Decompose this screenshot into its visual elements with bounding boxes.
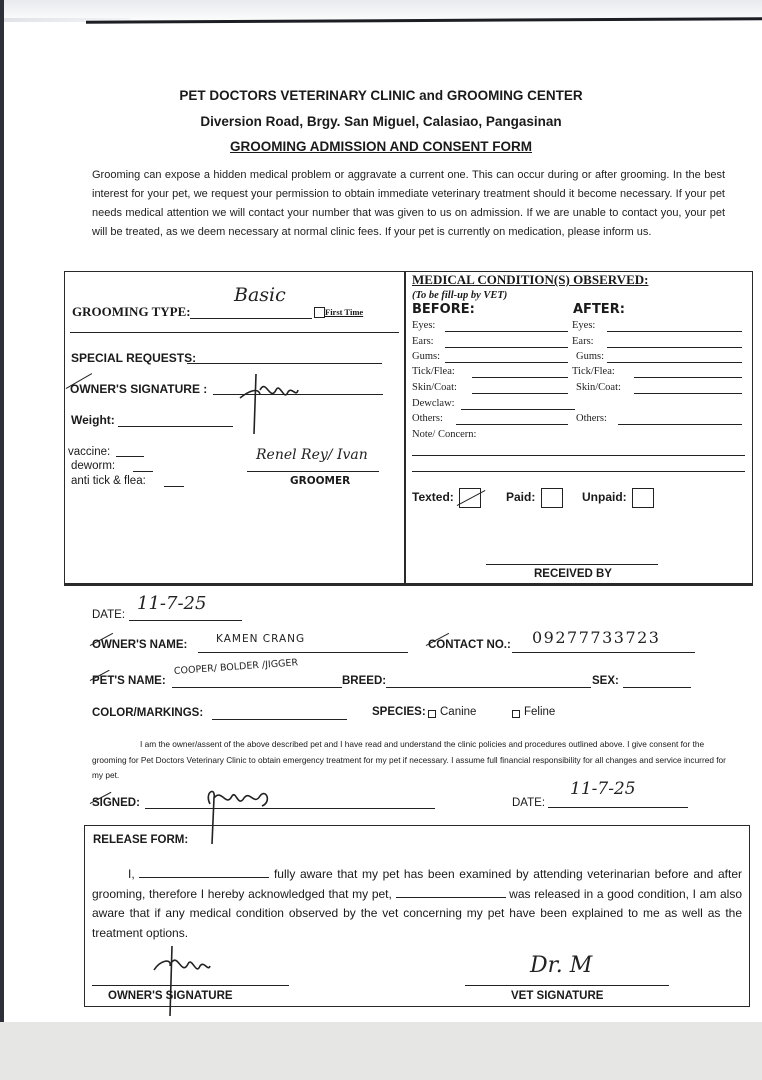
owner-name-line bbox=[198, 652, 408, 653]
before-item-field[interactable] bbox=[472, 377, 568, 378]
before-item-label: Others: bbox=[412, 413, 443, 424]
grooming-type-field[interactable]: Basic bbox=[234, 284, 286, 306]
signed-field[interactable] bbox=[145, 808, 435, 809]
sex-field[interactable] bbox=[623, 687, 691, 688]
signed-label: SIGNED: bbox=[92, 797, 140, 809]
after-item-field[interactable] bbox=[634, 393, 742, 394]
before-item-field[interactable] bbox=[445, 331, 568, 332]
release-owner-name-field[interactable] bbox=[139, 865, 269, 878]
received-by-field[interactable] bbox=[486, 564, 658, 565]
intro-paragraph: Grooming can expose a hidden medical pro… bbox=[92, 166, 725, 242]
vet-signature-mark: Dr. M bbox=[530, 953, 592, 978]
before-item-field[interactable] bbox=[472, 393, 568, 394]
before-item-label: Skin/Coat: bbox=[412, 382, 457, 393]
before-item-label: Gums: bbox=[412, 351, 440, 362]
texted-label: Texted: bbox=[412, 490, 454, 504]
release-owner-signature-mark bbox=[150, 940, 220, 1020]
after-item-field[interactable] bbox=[634, 377, 742, 378]
owner-signature-mark bbox=[236, 368, 306, 438]
breed-label: BREED: bbox=[342, 675, 386, 687]
paid-label: Paid: bbox=[506, 490, 535, 504]
clinic-address: Diversion Road, Brgy. San Miguel, Calasi… bbox=[0, 114, 762, 129]
species-label: SPECIES: bbox=[372, 706, 426, 718]
after-item-label: Tick/Flea: bbox=[572, 366, 615, 377]
date-line bbox=[129, 620, 242, 621]
special-requests-field[interactable] bbox=[187, 363, 382, 364]
owner-name-field[interactable]: KAMEN CRANG bbox=[216, 633, 305, 645]
species-feline-label: Feline bbox=[524, 706, 555, 718]
consent-date-label: DATE: bbox=[512, 797, 545, 809]
vet-signature-label: VET SIGNATURE bbox=[511, 990, 603, 1002]
note-line-2[interactable] bbox=[412, 471, 745, 472]
before-item-label: Ears: bbox=[412, 336, 434, 347]
before-item-label: Tick/Flea: bbox=[412, 366, 455, 377]
color-markings-field[interactable] bbox=[212, 719, 347, 720]
before-label: BEFORE: bbox=[412, 302, 475, 317]
release-paragraph: I, fully aware that my pet has been exam… bbox=[92, 865, 742, 943]
unpaid-checkbox[interactable] bbox=[632, 488, 654, 508]
after-item-label: Ears: bbox=[572, 336, 594, 347]
grooming-type-line bbox=[190, 318, 312, 319]
after-item-field[interactable] bbox=[618, 424, 742, 425]
species-feline-checkbox[interactable] bbox=[512, 710, 520, 718]
medical-title: MEDICAL CONDITION(S) OBSERVED: bbox=[412, 272, 648, 288]
section-divider bbox=[404, 271, 406, 584]
deworm-label: deworm: bbox=[71, 460, 115, 472]
vaccine-label: vaccine: bbox=[68, 446, 110, 458]
consent-date-line bbox=[548, 807, 688, 808]
vet-signature-field[interactable] bbox=[465, 985, 669, 986]
before-item-field[interactable] bbox=[445, 362, 568, 363]
scan-edge bbox=[0, 0, 4, 1080]
after-item-label: Eyes: bbox=[572, 320, 595, 331]
deworm-field[interactable] bbox=[133, 471, 153, 472]
after-item-label: Others: bbox=[576, 413, 607, 424]
clinic-name: PET DOCTORS VETERINARY CLINIC and GROOMI… bbox=[0, 88, 762, 103]
after-item-field[interactable] bbox=[607, 331, 742, 332]
grooming-type-label: GROOMING TYPE: bbox=[72, 304, 191, 320]
after-item-field[interactable] bbox=[607, 362, 742, 363]
consent-line-1: I am the owner/assent of the above descr… bbox=[92, 739, 625, 749]
groomer-line bbox=[247, 471, 379, 472]
grooming-extra-line bbox=[70, 332, 399, 333]
release-title: RELEASE FORM: bbox=[93, 834, 188, 846]
date-field[interactable]: 11-7-25 bbox=[137, 593, 206, 614]
release-text-1: I, bbox=[92, 867, 139, 881]
anti-tick-flea-label: anti tick & flea: bbox=[71, 475, 146, 487]
note-line-1[interactable] bbox=[412, 455, 745, 456]
before-item-field[interactable] bbox=[445, 347, 568, 348]
contact-label: CONTACT NO.: bbox=[428, 639, 511, 651]
form-title: GROOMING ADMISSION AND CONSENT FORM bbox=[0, 139, 762, 154]
after-item-label: Skin/Coat: bbox=[576, 382, 621, 393]
medical-subtitle: (To be fill-up by VET) bbox=[412, 290, 507, 301]
before-item-label: Eyes: bbox=[412, 320, 435, 331]
pet-name-label: PET'S NAME: bbox=[92, 675, 166, 687]
date-label: DATE: bbox=[92, 609, 125, 621]
paid-checkbox[interactable] bbox=[541, 488, 563, 508]
consent-paragraph: I am the owner/assent of the above descr… bbox=[92, 737, 728, 784]
scanner-bed bbox=[0, 1022, 762, 1080]
note-concern-label: Note/ Concern: bbox=[412, 429, 476, 440]
sex-label: SEX: bbox=[592, 675, 619, 687]
species-canine-label: Canine bbox=[440, 706, 476, 718]
release-owner-signature-label: OWNER'S SIGNATURE bbox=[108, 990, 233, 1002]
before-item-label: Dewclaw: bbox=[412, 398, 455, 409]
vaccine-field[interactable] bbox=[116, 456, 144, 457]
owner-signature-label: OWNER'S SIGNATURE : bbox=[70, 382, 207, 396]
groomer-label: GROOMER bbox=[290, 475, 350, 487]
species-canine-checkbox[interactable] bbox=[428, 710, 436, 718]
owner-name-label: OWNER'S NAME: bbox=[92, 639, 187, 651]
first-time-checkbox[interactable] bbox=[314, 307, 325, 318]
anti-tick-flea-field[interactable] bbox=[164, 486, 184, 487]
color-markings-label: COLOR/MARKINGS: bbox=[92, 707, 203, 719]
contact-line bbox=[512, 652, 695, 653]
received-by-label: RECEIVED BY bbox=[534, 568, 612, 580]
pet-name-line bbox=[172, 687, 342, 688]
before-item-field[interactable] bbox=[456, 424, 568, 425]
weight-label: Weight: bbox=[71, 413, 115, 427]
after-item-field[interactable] bbox=[607, 347, 742, 348]
first-time-label: First Time bbox=[325, 307, 363, 317]
contact-field[interactable]: 09277733723 bbox=[532, 628, 660, 647]
after-item-label: Gums: bbox=[576, 351, 604, 362]
release-pet-name-field[interactable] bbox=[396, 885, 506, 898]
before-item-field[interactable] bbox=[461, 409, 575, 410]
weight-field[interactable] bbox=[118, 426, 233, 427]
unpaid-label: Unpaid: bbox=[582, 490, 627, 504]
after-label: AFTER: bbox=[573, 302, 625, 317]
consent-date-field[interactable]: 11-7-25 bbox=[570, 779, 636, 799]
breed-field[interactable] bbox=[386, 687, 591, 688]
groomer-field[interactable]: Renel Rey/ Ivan bbox=[256, 447, 368, 463]
special-requests-label: SPECIAL REQUESTS: bbox=[71, 351, 196, 365]
